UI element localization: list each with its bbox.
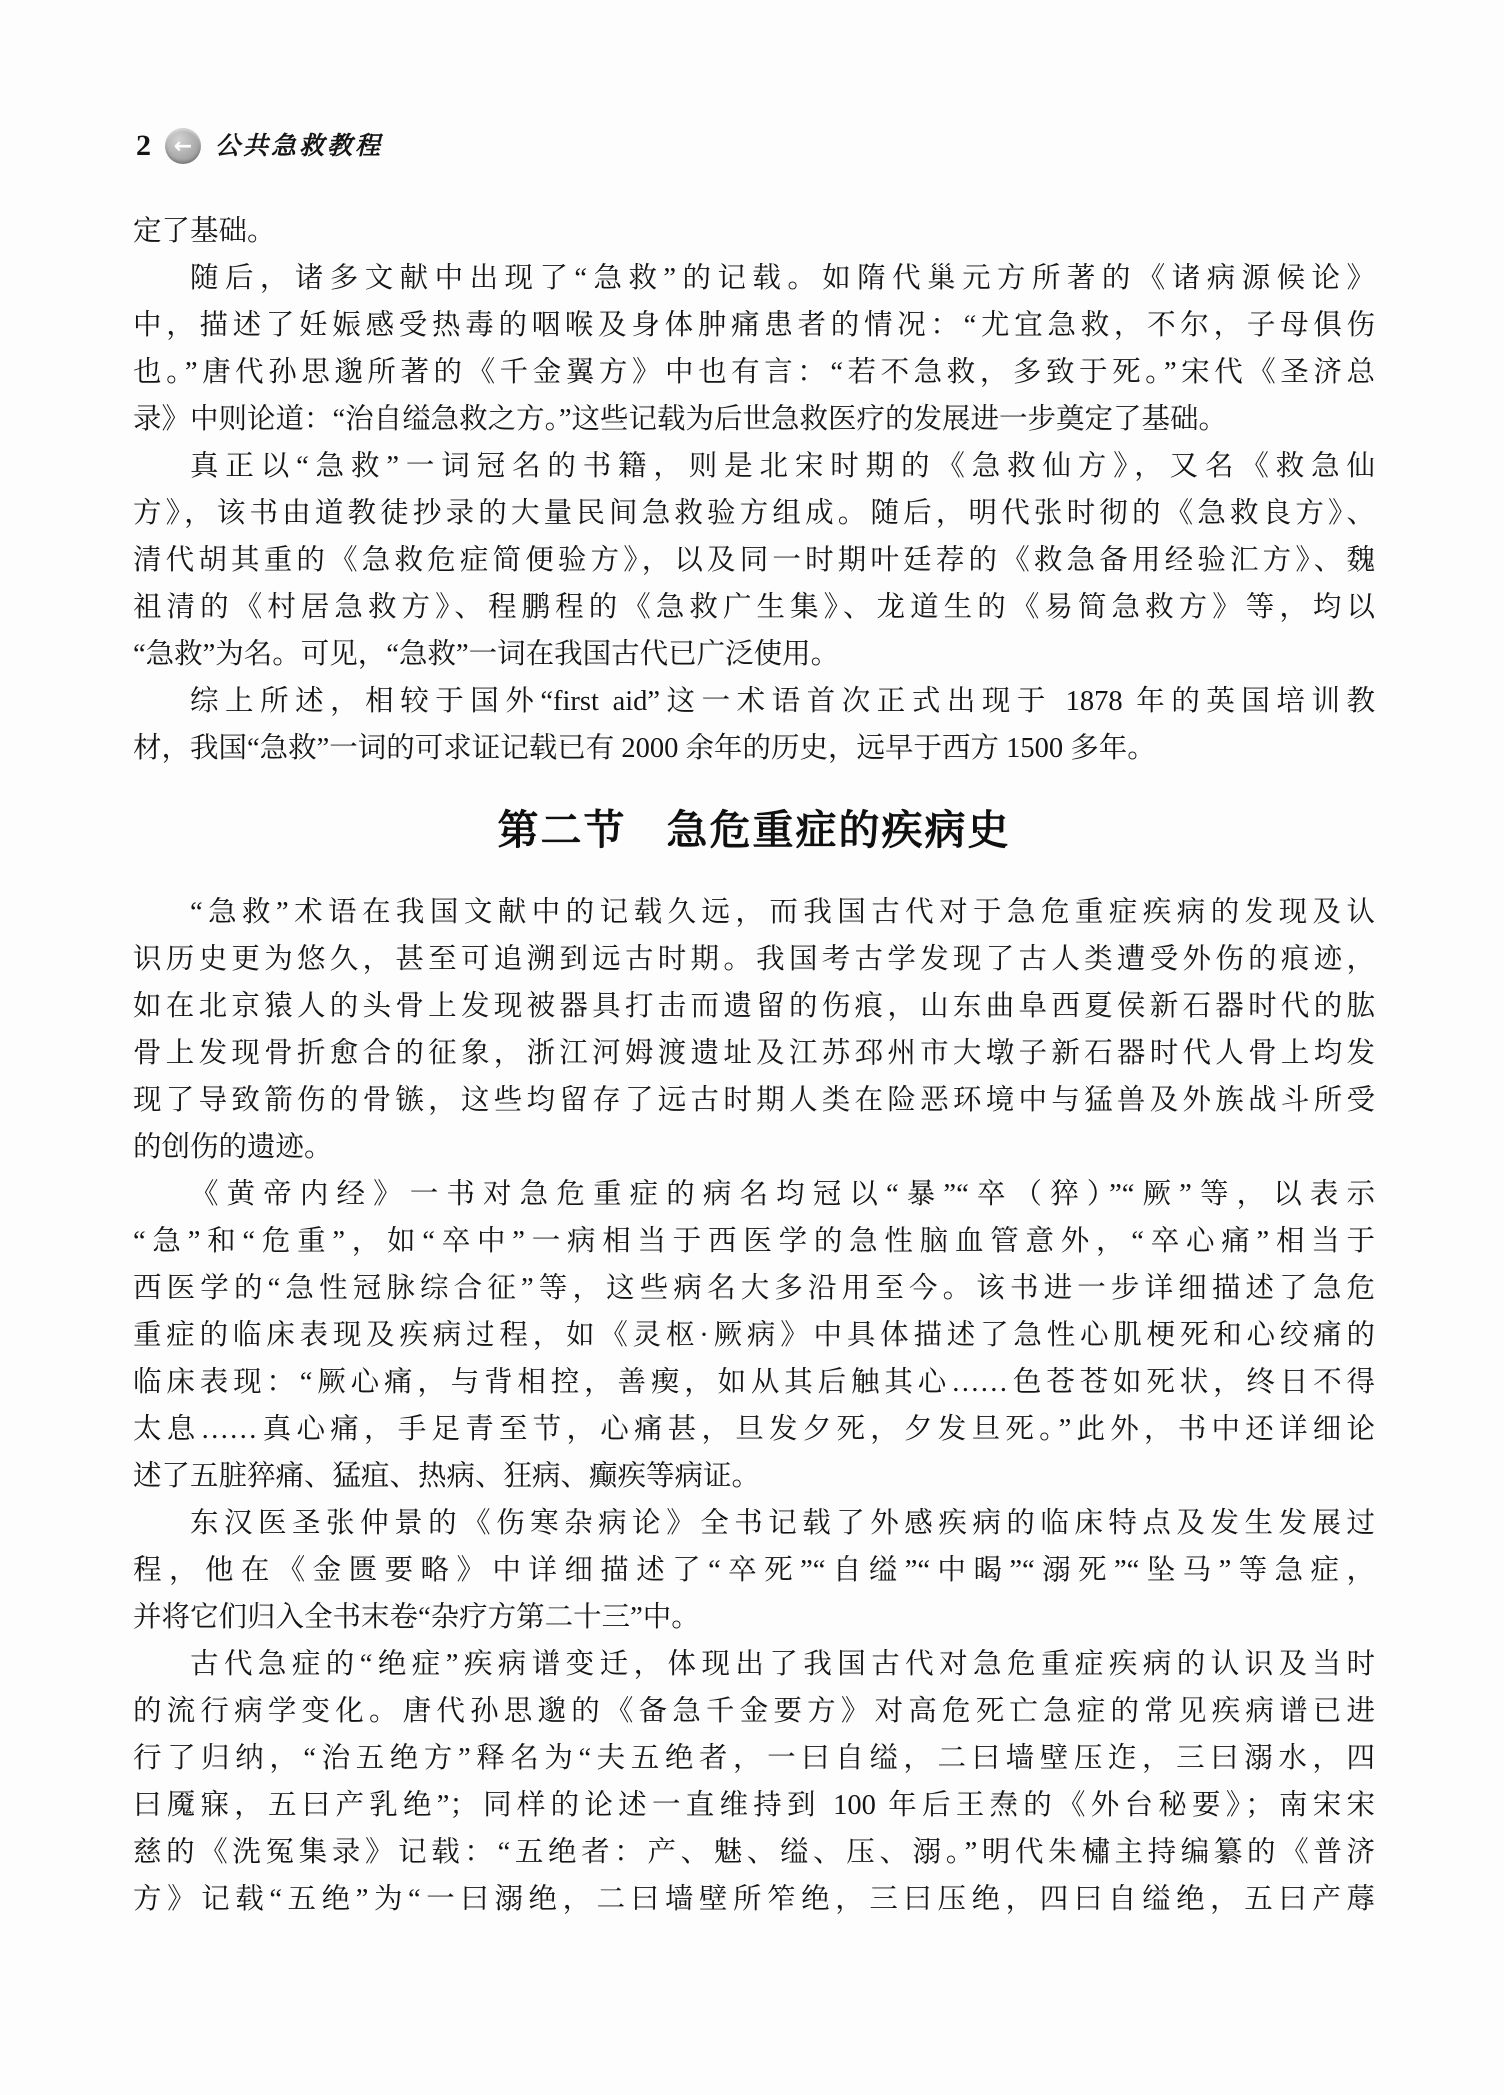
text-line: 曰魇寐，五曰产乳绝”；同样的论述一直维持到 100 年后王焘的《外台秘要》；南宋… bbox=[133, 1782, 1375, 1829]
text-line: 方》，该书由道教徒抄录的大量民间急救验方组成。随后，明代张时彻的《急救良方》、 bbox=[133, 490, 1375, 537]
text-line: 中，描述了妊娠感受热毒的咽喉及身体肿痛患者的情况：“尤宜急救，不尔，子母俱伤 bbox=[133, 302, 1375, 349]
text-line: 识历史更为悠久，甚至可追溯到远古时期。我国考古学发现了古人类遭受外伤的痕迹， bbox=[133, 936, 1375, 983]
text-line: 录》中则论道：“治自缢急救之方。”这些记载为后世急救医疗的发展进一步奠定了基础。 bbox=[133, 396, 1375, 443]
back-arrow-icon: ← bbox=[165, 128, 201, 164]
text-line: 也。”唐代孙思邈所著的《千金翼方》中也有言：“若不急救，多致于死。”宋代《圣济总 bbox=[133, 349, 1375, 396]
text-line: 骨上发现骨折愈合的征象，浙江河姆渡遗址及江苏邳州市大墩子新石器时代人骨上均发 bbox=[133, 1030, 1375, 1077]
text-line: “急救”为名。可见，“急救”一词在我国古代已广泛使用。 bbox=[133, 631, 1375, 678]
text-line: 随后，诸多文献中出现了“急救”的记载。如隋代巢元方所著的《诸病源候论》 bbox=[133, 255, 1375, 302]
text-line: 清代胡其重的《急救危症简便验方》，以及同一时期叶廷荐的《救急备用经验汇方》、魏 bbox=[133, 537, 1375, 584]
page-body: 定了基础。 随后，诸多文献中出现了“急救”的记载。如隋代巢元方所著的《诸病源候论… bbox=[133, 208, 1375, 1923]
text-line: 临床表现：“厥心痛，与背相控，善瘈，如从其后触其心……色苍苍如死状，终日不得 bbox=[133, 1359, 1375, 1406]
text-line: 的流行病学变化。唐代孙思邈的《备急千金要方》对高危死亡急症的常见疾病谱已进 bbox=[133, 1688, 1375, 1735]
text-line: 材，我国“急救”一词的可求证记载已有 2000 余年的历史，远早于西方 1500… bbox=[133, 725, 1375, 772]
section-number: 第二节 bbox=[498, 807, 627, 853]
text-line: “急”和“危重”，如“卒中”一病相当于西医学的急性脑血管意外，“卒心痛”相当于 bbox=[133, 1218, 1375, 1265]
page-header: 2 ← 公共急救教程 bbox=[136, 126, 383, 166]
text-line: 述了五脏猝痛、猛疽、热病、狂病、癫疾等病证。 bbox=[133, 1453, 1375, 1500]
section-title: 急危重症的疾病史 bbox=[667, 807, 1011, 853]
text-line: 祖清的《村居急救方》、程鹏程的《急救广生集》、龙道生的《易简急救方》等，均以 bbox=[133, 584, 1375, 631]
text-line: 太息……真心痛，手足青至节，心痛甚，旦发夕死，夕发旦死。”此外，书中还详细论 bbox=[133, 1406, 1375, 1453]
text-line: 方》记载“五绝”为“一曰溺绝，二曰墙壁所笮绝，三曰压绝，四曰自缢绝，五曰产蓐 bbox=[133, 1876, 1375, 1923]
text-line: 定了基础。 bbox=[133, 208, 1375, 255]
text-line: 现了导致箭伤的骨镞，这些均留存了远古时期人类在险恶环境中与猛兽及外族战斗所受 bbox=[133, 1077, 1375, 1124]
text-line: 并将它们归入全书末卷“杂疗方第二十三”中。 bbox=[133, 1594, 1375, 1641]
page-number: 2 bbox=[136, 126, 151, 166]
text-line: 《黄帝内经》一书对急危重症的病名均冠以“暴”“卒（猝）”“厥”等，以表示 bbox=[133, 1171, 1375, 1218]
text-line: 行了归纳，“治五绝方”释名为“夫五绝者，一曰自缢，二曰墙壁压迮，三曰溺水，四 bbox=[133, 1735, 1375, 1782]
text-line: 程，他在《金匮要略》中详细描述了“卒死”“自缢”“中暍”“溺死”“坠马”等急症， bbox=[133, 1547, 1375, 1594]
text-line: 的创伤的遗迹。 bbox=[133, 1124, 1375, 1171]
text-line: 如在北京猿人的头骨上发现被器具打击而遗留的伤痕，山东曲阜西夏侯新石器时代的肱 bbox=[133, 983, 1375, 1030]
text-line: 慈的《洗冤集录》记载：“五绝者：产、魅、缢、压、溺。”明代朱橚主持编纂的《普济 bbox=[133, 1829, 1375, 1876]
section-heading: 第二节急危重症的疾病史 bbox=[133, 798, 1375, 862]
text-line: 综上所述，相较于国外“first aid”这一术语首次正式出现于 1878 年的… bbox=[133, 678, 1375, 725]
text-line: 东汉医圣张仲景的《伤寒杂病论》全书记载了外感疾病的临床特点及发生发展过 bbox=[133, 1500, 1375, 1547]
text-line: 重症的临床表现及疾病过程，如《灵枢·厥病》中具体描述了急性心肌梗死和心绞痛的 bbox=[133, 1312, 1375, 1359]
text-line: “急救”术语在我国文献中的记载久远，而我国古代对于急危重症疾病的发现及认 bbox=[133, 889, 1375, 936]
text-line: 西医学的“急性冠脉综合征”等，这些病名大多沿用至今。该书进一步详细描述了急危 bbox=[133, 1265, 1375, 1312]
running-head-book-title: 公共急救教程 bbox=[215, 126, 383, 166]
text-line: 真正以“急救”一词冠名的书籍，则是北宋时期的《急救仙方》，又名《救急仙 bbox=[133, 443, 1375, 490]
text-line: 古代急症的“绝症”疾病谱变迁，体现出了我国古代对急危重症疾病的认识及当时 bbox=[133, 1641, 1375, 1688]
book-page: 2 ← 公共急救教程 定了基础。 随后，诸多文献中出现了“急救”的记载。如隋代巢… bbox=[0, 0, 1504, 2095]
